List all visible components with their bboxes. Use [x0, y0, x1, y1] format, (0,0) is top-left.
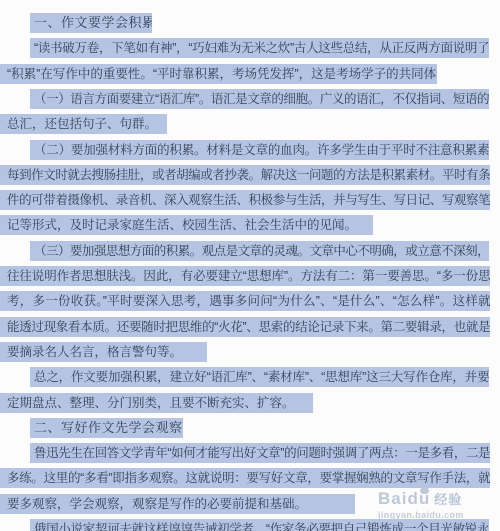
- text-line[interactable]: 记等形式，及时记录家庭生活、校园生活、社会生活中的见闻。: [0, 215, 373, 235]
- selected-text: 俄国小说家契诃夫就这样谆谆告诫初学者，“作家务必要把自己锻炼成一个目光敏锐永: [30, 519, 489, 531]
- text-line[interactable]: “读书破万卷，下笔如有神”，“巧妇难为无米之炊”古人这些总结，从正反两方面说明了: [30, 38, 489, 58]
- text-line[interactable]: 要摘录名人名言，格言警句等。: [0, 342, 207, 362]
- text-line[interactable]: （三）要加强思想方面的积累。观点是文章的灵魂。文章中心不明确，或立意不深刻，: [30, 241, 489, 261]
- selected-text: 多练。这里的“多看”即指多观察。这就说明：要写好文章，要掌握娴熟的文章写作手法，…: [0, 468, 490, 488]
- text-line[interactable]: 俄国小说家契诃夫就这样谆谆告诫初学者，“作家务必要把自己锻炼成一个目光敏锐永: [30, 519, 489, 531]
- text-line[interactable]: “积累”在写作中的重要性。“平时靠积累，考场凭发挥”，这是考场学子的共同体会。: [0, 64, 437, 84]
- section-heading[interactable]: 二、写好作文先学会观察: [30, 418, 183, 438]
- text-line[interactable]: 考，多一份收获。”平时要深入思考，遇事多问问“为什么”、“是什么”、“怎么样”。…: [0, 291, 490, 311]
- text-line[interactable]: 总汇，还包括句子、句群。: [0, 114, 167, 134]
- selected-text: （二）要加强材料方面的积累。材料是文章的血肉。许多学生由于平时不注意积累素材，: [30, 140, 489, 160]
- selected-text: 一、作文要学会积累: [30, 13, 152, 33]
- text-line[interactable]: 多练。这里的“多看”即指多观察。这就说明：要写好文章，要掌握娴熟的文章写作手法，…: [0, 468, 490, 488]
- text-line[interactable]: 总之，作文要加强积累，建立好“语汇库”、“素材库”、“思想库”这三大写作仓库，并…: [30, 367, 489, 387]
- document-page: 一、作文要学会积累“读书破万卷，下笔如有神”，“巧妇难为无米之炊”古人这些总结，…: [0, 0, 500, 531]
- document-text-area[interactable]: 一、作文要学会积累“读书破万卷，下笔如有神”，“巧妇难为无米之炊”古人这些总结，…: [0, 0, 500, 531]
- text-line[interactable]: 鲁迅先生在回答文学青年“如何才能写出好文章”的问题时强调了两点：一是多看，二是: [30, 443, 490, 463]
- selected-text: 二、写好作文先学会观察: [30, 418, 183, 438]
- selected-text: 总汇，还包括句子、句群。: [0, 114, 167, 134]
- selected-text: 鲁迅先生在回答文学青年“如何才能写出好文章”的问题时强调了两点：一是多看，二是: [30, 443, 490, 463]
- selected-text: （一）语言方面要建立“语汇库”。语汇是文章的细胞。广义的语汇，不仅指词、短语的: [30, 89, 489, 109]
- selected-text: 总之，作文要加强积累，建立好“语汇库”、“素材库”、“思想库”这三大写作仓库，并…: [30, 367, 489, 387]
- selected-text: 定期盘点、整理、分门别类，且要不断充实、扩容。: [0, 393, 313, 413]
- text-line[interactable]: 每到作文时就去搜肠挂肚，或者胡编或者抄袭。解决这一问题的方法是积累素材。平时有条: [0, 165, 490, 185]
- text-line[interactable]: 能透过现象看本质。还要随时把思维的“火花”、思索的结论记录下来。第二要辑录，也就…: [0, 317, 490, 337]
- selected-text: 每到作文时就去搜肠挂肚，或者胡编或者抄袭。解决这一问题的方法是积累素材。平时有条: [0, 165, 490, 185]
- selected-text: 件的可带着摄像机、录音机、深入观察生活、积极参与生活，并与写生、写日记、写观察笔: [0, 190, 490, 210]
- selected-text: 要多观察，学会观察，观察是写作的必要前提和基础。: [0, 494, 355, 514]
- text-line[interactable]: 件的可带着摄像机、录音机、深入观察生活、积极参与生活，并与写生、写日记、写观察笔: [0, 190, 490, 210]
- selected-text: 能透过现象看本质。还要随时把思维的“火花”、思索的结论记录下来。第二要辑录，也就…: [0, 317, 490, 337]
- selected-text: 要摘录名人名言，格言警句等。: [0, 342, 207, 362]
- text-line[interactable]: （二）要加强材料方面的积累。材料是文章的血肉。许多学生由于平时不注意积累素材，: [30, 140, 489, 160]
- selected-text: “积累”在写作中的重要性。“平时靠积累，考场凭发挥”，这是考场学子的共同体会。: [0, 64, 437, 84]
- selected-text: 往往说明作者思想肤浅。因此，有必要建立“思想库”。方法有二：第一要善思。“多一份…: [0, 266, 490, 286]
- text-line[interactable]: 定期盘点、整理、分门别类，且要不断充实、扩容。: [0, 393, 313, 413]
- selected-text: 记等形式，及时记录家庭生活、校园生活、社会生活中的见闻。: [0, 215, 373, 235]
- selected-text: “读书破万卷，下笔如有神”，“巧妇难为无米之炊”古人这些总结，从正反两方面说明了: [30, 38, 489, 58]
- selected-text: 考，多一份收获。”平时要深入思考，遇事多问问“为什么”、“是什么”、“怎么样”。…: [0, 291, 490, 311]
- text-line[interactable]: 要多观察，学会观察，观察是写作的必要前提和基础。: [0, 494, 355, 514]
- text-line[interactable]: 往往说明作者思想肤浅。因此，有必要建立“思想库”。方法有二：第一要善思。“多一份…: [0, 266, 490, 286]
- selected-text: （三）要加强思想方面的积累。观点是文章的灵魂。文章中心不明确，或立意不深刻，: [30, 241, 489, 261]
- section-heading[interactable]: 一、作文要学会积累: [30, 13, 152, 33]
- text-line[interactable]: （一）语言方面要建立“语汇库”。语汇是文章的细胞。广义的语汇，不仅指词、短语的: [30, 89, 489, 109]
